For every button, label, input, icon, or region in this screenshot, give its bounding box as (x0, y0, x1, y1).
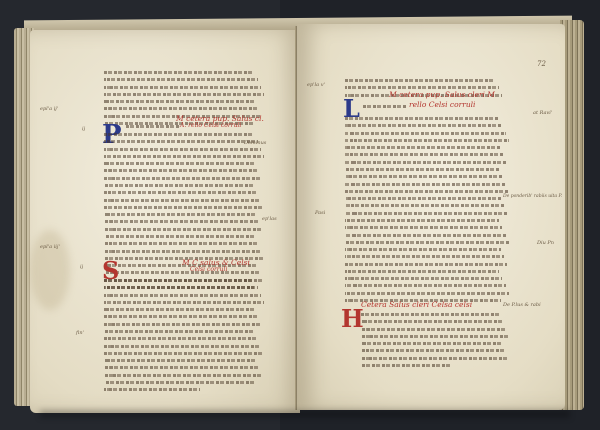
manuscript-text-line (345, 121, 502, 128)
manuscript-text-line (361, 317, 503, 324)
marginal-note: Pasi (315, 210, 325, 216)
manuscript-text-line (104, 159, 256, 166)
manuscript-text-line (104, 356, 256, 363)
marginal-note: ij (80, 264, 83, 270)
manuscript-text-line (361, 346, 505, 353)
manuscript-text-line (345, 172, 502, 179)
manuscript-text-line (361, 332, 509, 339)
right-text-main (345, 114, 509, 303)
manuscript-text-line (345, 260, 507, 267)
manuscript-text-line (345, 150, 504, 157)
marginal-note: epl'a iij' (40, 244, 60, 250)
manuscript-text-line (345, 180, 506, 187)
marginal-note: epl'a ij' (40, 106, 58, 112)
manuscript-text-line (104, 68, 254, 75)
manuscript-text-line (104, 174, 262, 181)
manuscript-text-line (345, 76, 495, 83)
manuscript-text-line (361, 339, 502, 346)
manuscript-text-line (345, 281, 506, 288)
rubric-text: A. rello Celsi corruli (180, 122, 241, 129)
manuscript-text-line (104, 225, 262, 232)
manuscript-text-line (345, 223, 502, 230)
left-page: P M cetera pup. Salus cl. A. rello Celsi… (30, 30, 300, 413)
manuscript-text-line (104, 385, 200, 392)
manuscript-text-line (104, 152, 264, 159)
book-shadow (40, 410, 570, 418)
manuscript-text-line (104, 104, 259, 111)
manuscript-text-line (104, 137, 258, 144)
right-text-beside-initial (363, 102, 409, 109)
manuscript-text-line (104, 312, 259, 319)
manuscript-text-line (126, 122, 179, 129)
manuscript-text-line (104, 371, 262, 378)
manuscript-text-line (345, 238, 509, 245)
manuscript-text-line (104, 327, 254, 334)
manuscript-text-line (345, 143, 501, 150)
manuscript-text-line (104, 349, 264, 356)
manuscript-text-line (345, 267, 499, 274)
manuscript-text-line (104, 247, 261, 254)
marginal-note: ep'la v' (307, 82, 325, 88)
manuscript-text-line (345, 114, 499, 121)
manuscript-text-line (104, 130, 254, 137)
marginal-note: De P.lus & rabi (503, 302, 541, 308)
rubric-text: M cetera pup. Salus cleri M (389, 90, 495, 99)
rubric-text: rello Celsi corruli (409, 100, 475, 109)
manuscript-text-line (345, 209, 507, 216)
manuscript-text-line (104, 305, 256, 312)
manuscript-text-line (345, 187, 509, 194)
manuscript-text-line (104, 378, 254, 385)
marginal-note: ep'las (262, 216, 277, 222)
marginal-note: Diu Pn (537, 240, 554, 246)
manuscript-text-line (345, 245, 501, 252)
manuscript-text-line (104, 334, 258, 341)
manuscript-text-line (345, 158, 507, 165)
manuscript-text-line (345, 274, 502, 281)
left-text-beside-initial (126, 122, 182, 129)
marginal-note: ij (82, 126, 85, 132)
manuscript-text-line (104, 320, 262, 327)
manuscript-text-line (104, 97, 256, 104)
manuscript-text-line (345, 201, 504, 208)
manuscript-text-line (345, 165, 499, 172)
manuscript-text-line (104, 291, 261, 298)
manuscript-text-line (104, 239, 258, 246)
manuscript-text-line (345, 216, 499, 223)
manuscript-text-line (345, 136, 509, 143)
manuscript-text-line (104, 342, 261, 349)
right-text-bottom (361, 310, 509, 368)
marginal-note: De ponderib' rabiis uita P. (503, 194, 562, 199)
manuscript-text-line (104, 232, 254, 239)
manuscript-text-line (104, 276, 254, 283)
manuscript-text-line (104, 363, 259, 370)
left-text-bottom (104, 276, 264, 393)
manuscript-text-line (104, 283, 258, 290)
manuscript-text-line (361, 354, 508, 361)
manuscript-text-line (104, 75, 258, 82)
manuscript-text-line (104, 188, 258, 195)
manuscript-text-line (104, 203, 264, 210)
right-page: 72 M cetera pup. Salus cleri M L rello C… (297, 24, 565, 410)
manuscript-text-line (345, 252, 504, 259)
manuscript-text-line (104, 268, 259, 275)
folio-number: 72 (537, 60, 546, 68)
manuscript-text-line (104, 83, 261, 90)
manuscript-text-line (104, 210, 256, 217)
manuscript-text-line (104, 181, 254, 188)
manuscript-text-line (345, 129, 506, 136)
water-stain (30, 230, 70, 310)
marginal-note: fin' (76, 330, 84, 336)
manuscript-text-line (363, 102, 406, 109)
manuscript-text-line (345, 231, 506, 238)
manuscript-text-line (104, 217, 259, 224)
marginal-note: at Ravi' (533, 110, 552, 116)
rubric-text: Celsi corruli (190, 266, 227, 273)
manuscript-text-line (104, 166, 259, 173)
rubric-text: Cetera Salus cleri Celsa celsi (361, 300, 472, 309)
marginal-note: Dominus (244, 140, 266, 146)
manuscript-text-line (361, 310, 500, 317)
manuscript-text-line (104, 298, 264, 305)
manuscript-text-line (361, 325, 506, 332)
manuscript-text-line (361, 361, 450, 368)
manuscript-text-line (104, 196, 261, 203)
manuscript-text-line (104, 90, 264, 97)
manuscript-text-line (104, 145, 261, 152)
manuscript-text-line (345, 289, 509, 296)
manuscript-text-line (345, 194, 501, 201)
